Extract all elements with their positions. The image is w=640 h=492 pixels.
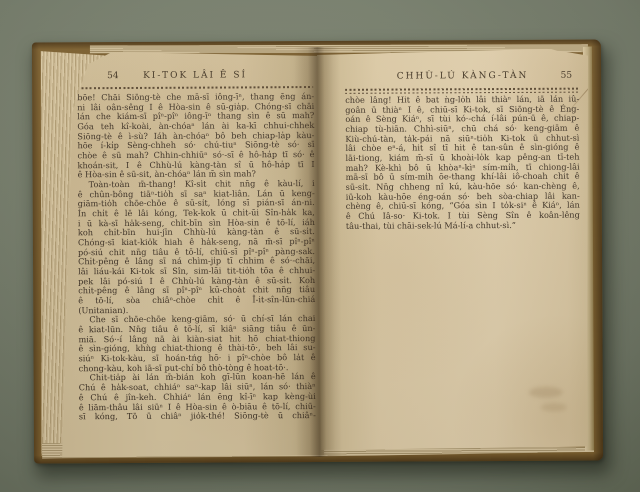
page-stain: [529, 387, 563, 398]
running-title-right: CHHÙ-LÚ KÀNG-TÀN: [345, 71, 580, 82]
page-number-left: 54: [107, 71, 119, 81]
right-page-header: CHHÙ-LÚ KÀNG-TÀN 55: [345, 71, 580, 84]
left-page-header: 54 KI-TOK LÂI Ê SÍ: [77, 70, 313, 83]
header-rule-right: [345, 88, 580, 91]
book: 54 KI-TOK LÂI Ê SÍ bōe! Chāi Siōng-tè ch…: [32, 40, 603, 464]
page-number-right: 55: [561, 71, 573, 81]
photo-background: 54 KI-TOK LÂI Ê SÍ bōe! Chāi Siōng-tè ch…: [0, 0, 640, 492]
text-line: tâu-thai, tùi chāi-sek-lú Má-lí-a chhut-…: [346, 220, 580, 231]
left-page-text: bōe! Chāi Siōng-tè che mā-sī iông-īⁿ, th…: [77, 92, 316, 422]
right-page: CHHÙ-LÚ KÀNG-TÀN 55 chòe lâng! Hit ê bat…: [317, 49, 590, 453]
header-rule-left: [77, 86, 313, 89]
page-stain: [541, 403, 567, 412]
text-line: sī kóng, Tō ū chiâⁿ jio̍k-thé! Siōng-tè …: [79, 411, 316, 422]
right-page-text: chòe lâng! Hit ê bat ǹg-lo̍h lâi thiàⁿ l…: [345, 95, 580, 232]
left-page: 54 KI-TOK LÂI Ê SÍ bōe! Chāi Siōng-tè ch…: [54, 49, 324, 459]
